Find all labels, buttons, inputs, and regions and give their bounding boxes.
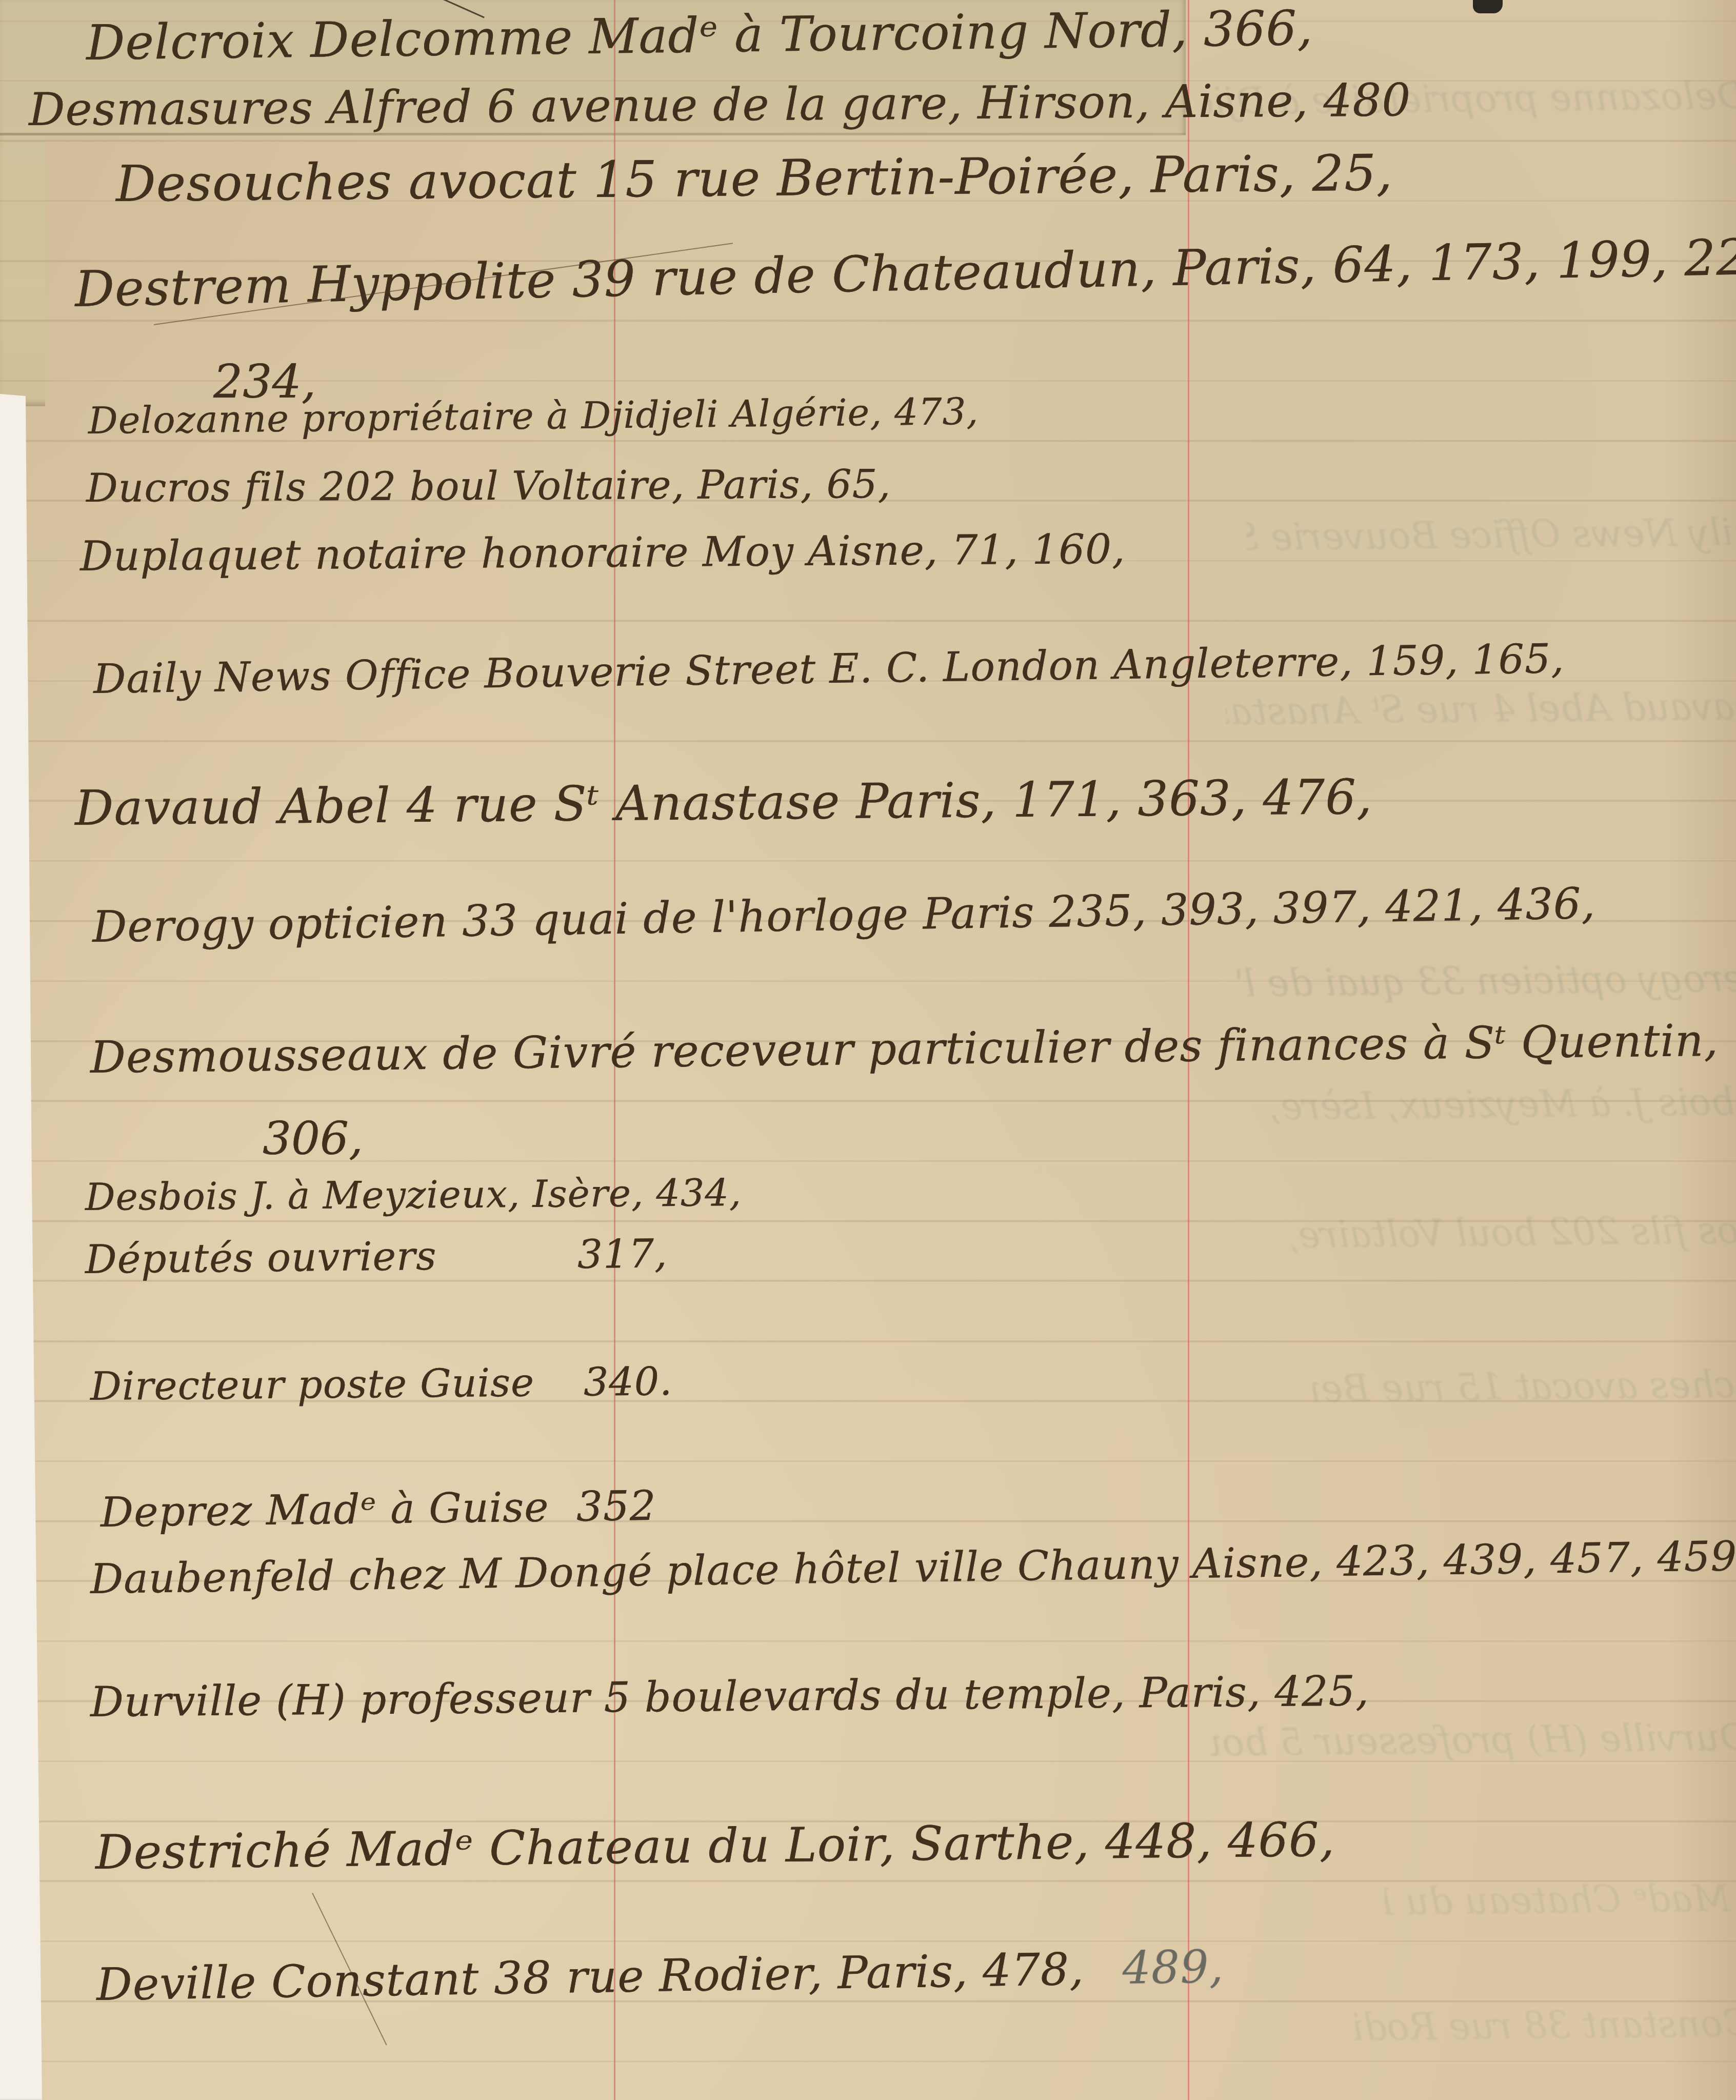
ledger-entry: Deprez Madᵉ à Guise 352 — [100, 1483, 549, 1536]
bleedthrough-text: Durville (H) professeur 5 boulevards du … — [1210, 1716, 1736, 1765]
entry-page-number-pencil: 489, — [1122, 1940, 1224, 1994]
entry-page-number: 352 — [576, 1482, 656, 1531]
bleedthrough-text: Desouches avocat 15 rue Bertin-Poirée, P… — [1313, 1362, 1736, 1411]
ledger-entry: Daily News Office Bouverie Street E. C. … — [93, 635, 1564, 703]
ledger-entry: Delozanne propriétaire à Djidjeli Algéri… — [88, 390, 979, 442]
ledger-entry: Destriché Madᵉ Chateau du Loir, Sarthe, … — [95, 1812, 1335, 1880]
ledger-entry: Deville Constant 38 rue Rodier, Paris, 4… — [96, 1940, 1224, 2011]
entry-label: Directeur poste Guise — [90, 1359, 535, 1409]
entry-label: Deprez Madᵉ à Guise — [100, 1483, 549, 1536]
bleedthrough-text: Derogy opticien 33 quai de l'horloge Par… — [1236, 957, 1736, 1005]
ledger-entry: Desmousseaux de Givré receveur particuli… — [90, 1015, 1719, 1083]
ledger-entry: Davaud Abel 4 rue Sᵗ Anastase Paris, 171… — [75, 769, 1373, 837]
bleedthrough-text: Davaud Abel 4 rue Sᵗ Anastase Paris, 171… — [1226, 685, 1736, 734]
entry-page-number: 340. — [584, 1358, 673, 1405]
entry-label: Députés ouvriers — [85, 1234, 437, 1283]
ledger-entry: Desouches avocat 15 rue Bertin-Poirée, P… — [116, 144, 1393, 213]
ledger-entry: Duplaquet notaire honoraire Moy Aisne, 7… — [80, 525, 1126, 580]
ledger-entry: Députés ouvriers 317, — [85, 1234, 437, 1283]
ledger-page: Delozanne propriétaire à Djidjeli Algéri… — [0, 0, 1736, 2100]
ledger-entry: Daubenfeld chez M Dongé place hôtel vill… — [90, 1532, 1736, 1603]
bleedthrough-text: Deville Constant 38 rue Rodier, Paris, 4… — [1354, 2000, 1736, 2049]
bleedthrough-text: Ducros fils 202 boul Voltaire, Paris, 65… — [1292, 1208, 1736, 1257]
entry-page-number: 317, — [577, 1231, 667, 1278]
entry-text: Deville Constant 38 rue Rodier, Paris, 4… — [96, 1943, 1084, 2011]
ledger-entry: Durville (H) professeur 5 boulevards du … — [90, 1667, 1370, 1727]
bleedthrough-text: Desbois J. à Meyzieux, Isère, 434, — [1267, 1080, 1736, 1128]
ledger-entry-continuation: 306, — [263, 1112, 363, 1165]
ink-blot — [1473, 0, 1503, 13]
bleedthrough-text: Destriché Madᵉ Chateau du Loir, Sarthe, … — [1385, 1875, 1736, 1924]
ledger-entry: Desbois J. à Meyzieux, Isère, 434, — [85, 1171, 742, 1219]
ledger-entry: Directeur poste Guise 340. — [90, 1359, 535, 1409]
ledger-entry: Desmasures Alfred 6 avenue de la gare, H… — [29, 73, 1411, 136]
ledger-entry: Derogy opticien 33 quai de l'horloge Par… — [92, 878, 1596, 952]
ledger-entry: Ducros fils 202 boul Voltaire, Paris, 65… — [86, 462, 891, 511]
ledger-entry: Destrem Hyppolite 39 rue de Chateaudun, … — [74, 228, 1736, 318]
bleedthrough-text: Daily News Office Bouverie Street E. C. … — [1246, 510, 1736, 559]
